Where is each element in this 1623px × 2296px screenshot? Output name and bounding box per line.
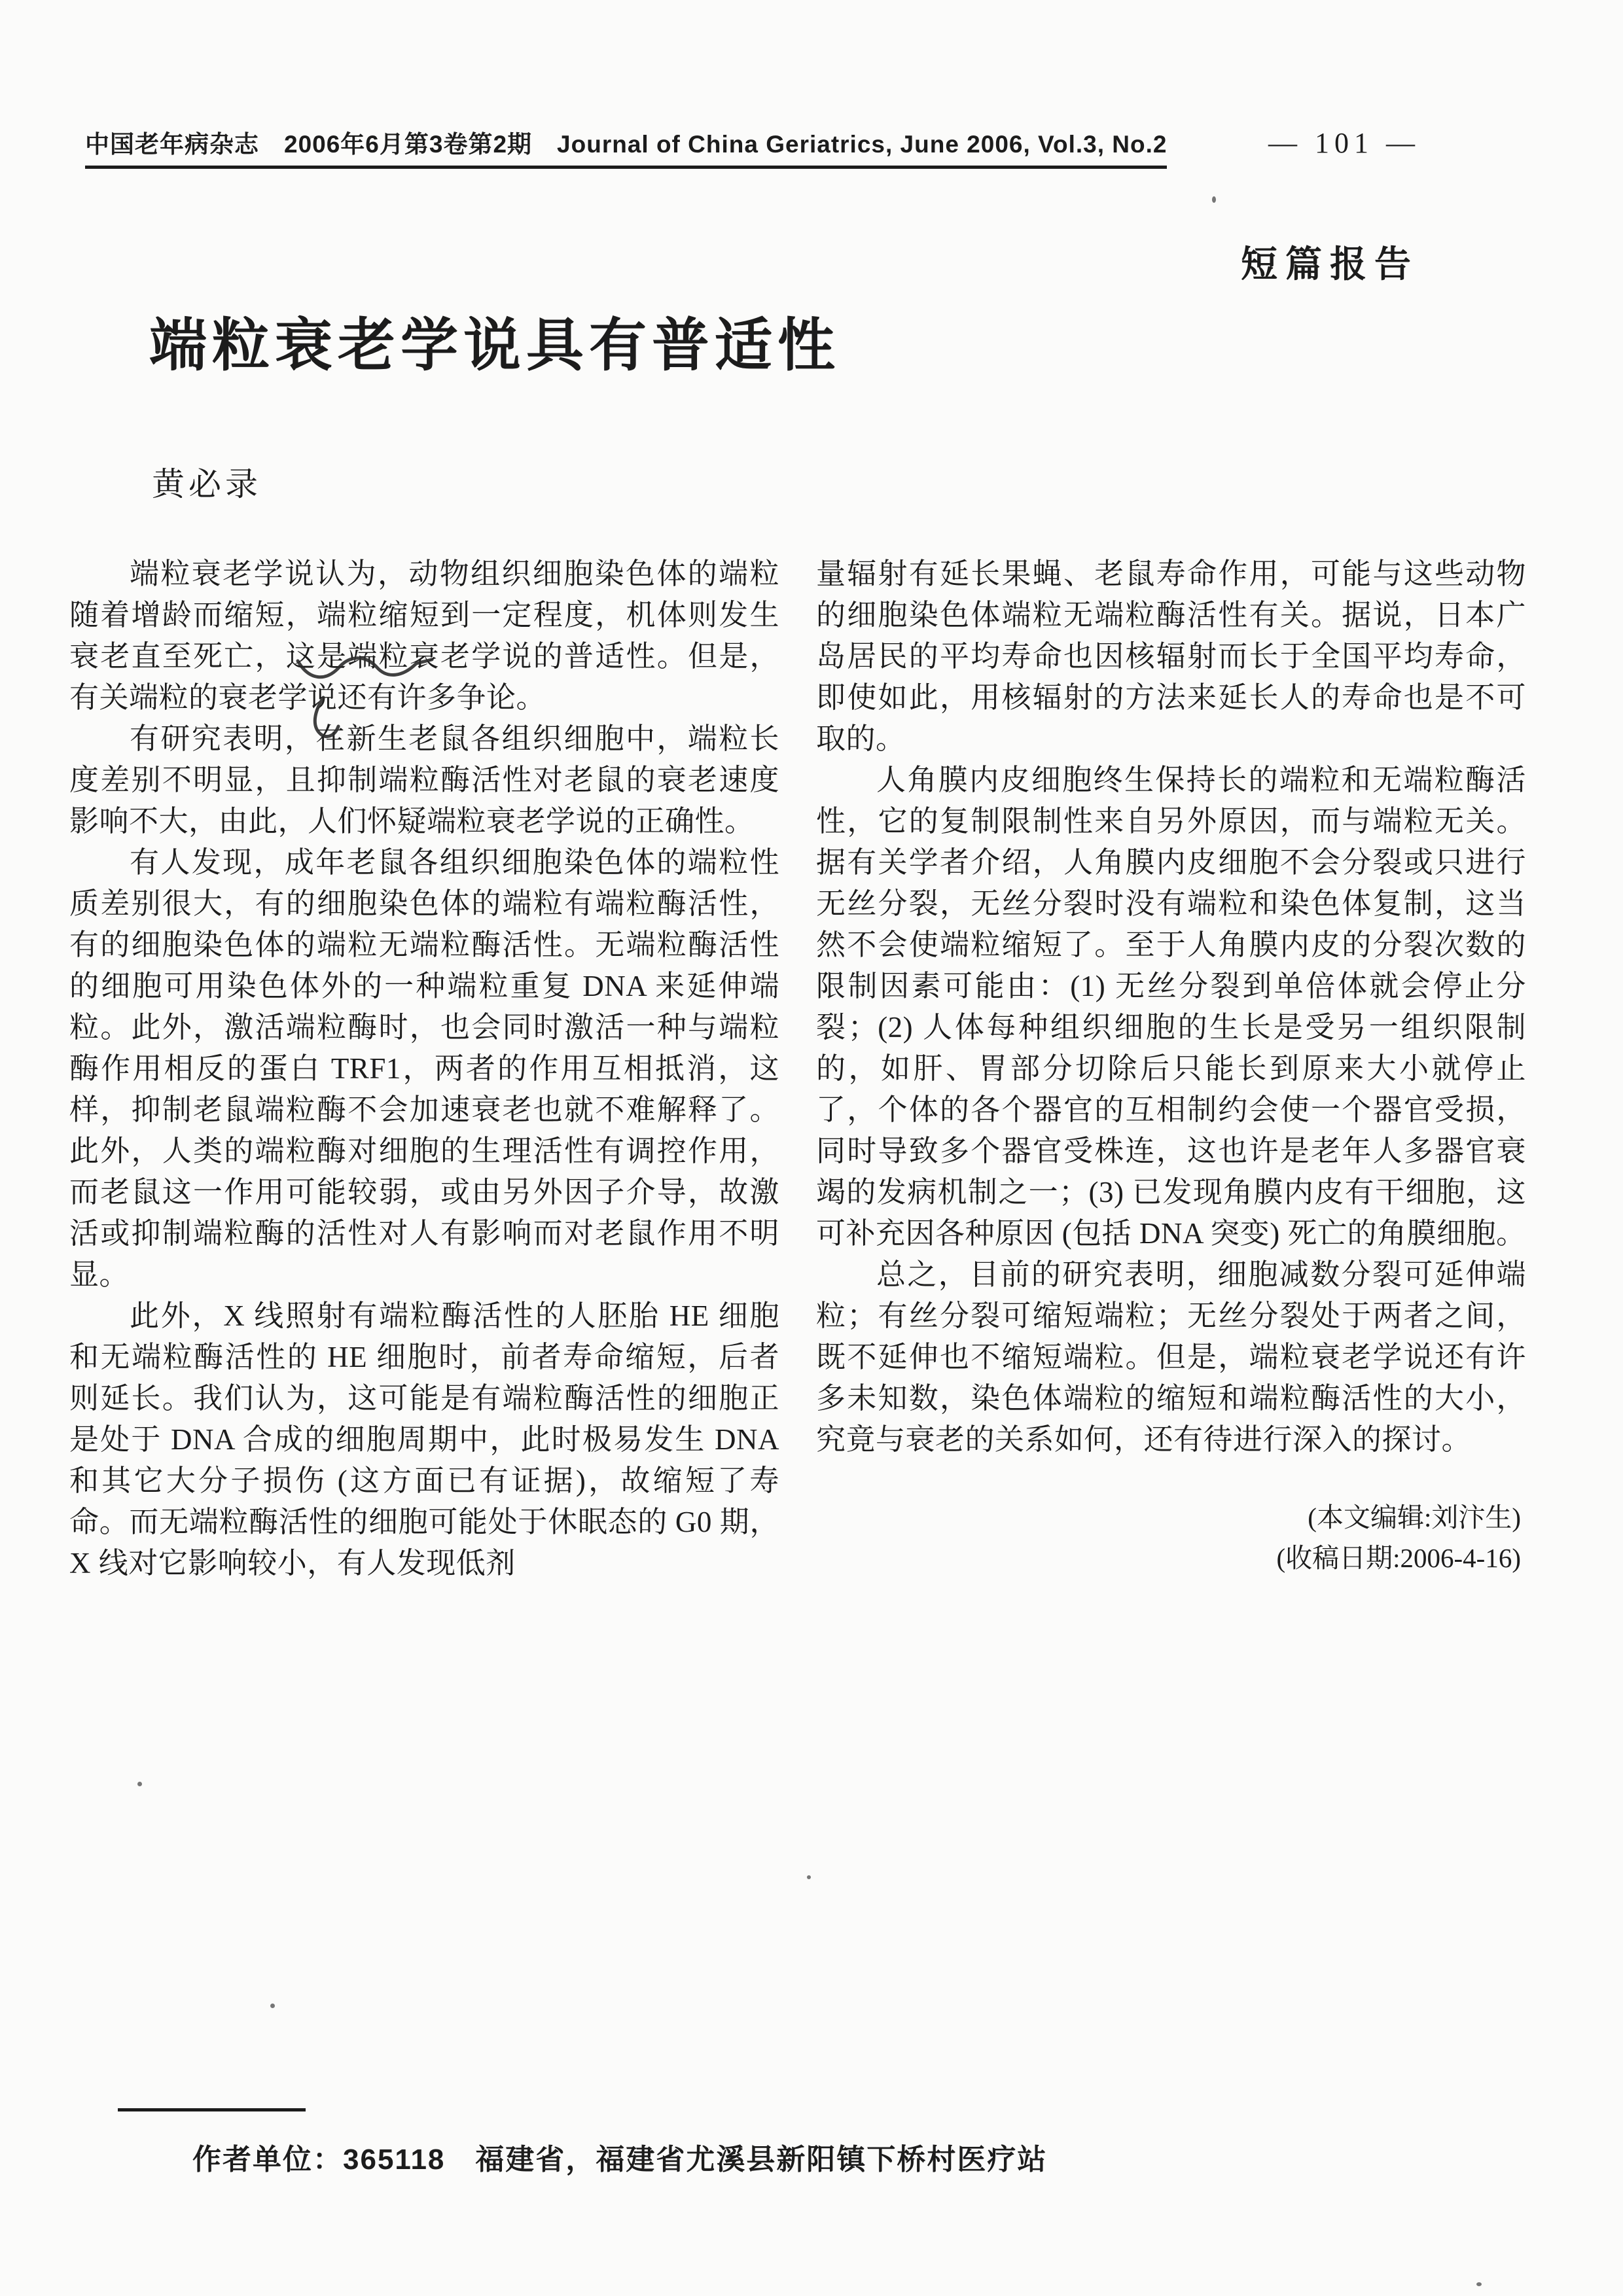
page-number: — 101 — <box>1268 126 1420 160</box>
running-header: 中国老年病杂志 2006年6月第3卷第2期 Journal of China G… <box>85 124 1420 169</box>
scan-speck <box>1212 196 1216 203</box>
paragraph: 人角膜内皮细胞终生保持长的端粒和无端粒酶活性，它的复制限制性来自另外原因，而与端… <box>816 760 1526 1254</box>
paragraph: 此外，X 线照射有端粒酶活性的人胚胎 HE 细胞和无端粒酶活性的 HE 细胞时，… <box>69 1296 779 1584</box>
section-label: 短篇报告 <box>1241 236 1419 288</box>
scan-speck <box>196 1104 200 1108</box>
scan-speck <box>1476 2282 1482 2286</box>
editor-note: (本文编辑:刘汴生) <box>816 1497 1526 1538</box>
footnote-divider <box>118 2108 306 2111</box>
received-date-note: (收稿日期:2006-4-16) <box>816 1538 1526 1578</box>
paragraph: 端粒衰老学说认为，动物组织细胞染色体的端粒随着增龄而缩短，端粒缩短到一定程度，机… <box>69 554 779 718</box>
journal-title-line: 中国老年病杂志 2006年6月第3卷第2期 Journal of China G… <box>85 124 1167 169</box>
scan-speck <box>807 1875 811 1879</box>
paragraph: 有人发现，成年老鼠各组织细胞染色体的端粒性质差别很大，有的细胞染色体的端粒有端粒… <box>69 842 779 1296</box>
paragraph: 总之，目前的研究表明，细胞减数分裂可延伸端粒；有丝分裂可缩短端粒；无丝分裂处于两… <box>816 1254 1526 1460</box>
article-title: 端粒衰老学说具有普适性 <box>149 300 840 382</box>
article-body: 端粒衰老学说认为，动物组织细胞染色体的端粒随着增龄而缩短，端粒缩短到一定程度，机… <box>69 554 1526 1584</box>
author-affiliation-footnote: 作者单位：365118 福建省，福建省尤溪县新阳镇下桥村医疗站 <box>192 2136 1047 2178</box>
left-column: 端粒衰老学说认为，动物组织细胞染色体的端粒随着增龄而缩短，端粒缩短到一定程度，机… <box>69 554 779 1584</box>
paragraph-continuation: 量辐射有延长果蝇、老鼠寿命作用，可能与这些动物的细胞染色体端粒无端粒酶活性有关。… <box>816 554 1526 760</box>
author-name: 黄必录 <box>152 458 262 505</box>
right-column: 量辐射有延长果蝇、老鼠寿命作用，可能与这些动物的细胞染色体端粒无端粒酶活性有关。… <box>816 554 1526 1584</box>
scan-speck <box>137 1782 142 1786</box>
scan-speck <box>270 2004 275 2008</box>
journal-page: 中国老年病杂志 2006年6月第3卷第2期 Journal of China G… <box>0 0 1623 2296</box>
paragraph: 有研究表明，在新生老鼠各组织细胞中，端粒长度差别不明显，且抑制端粒酶活性对老鼠的… <box>69 718 779 842</box>
